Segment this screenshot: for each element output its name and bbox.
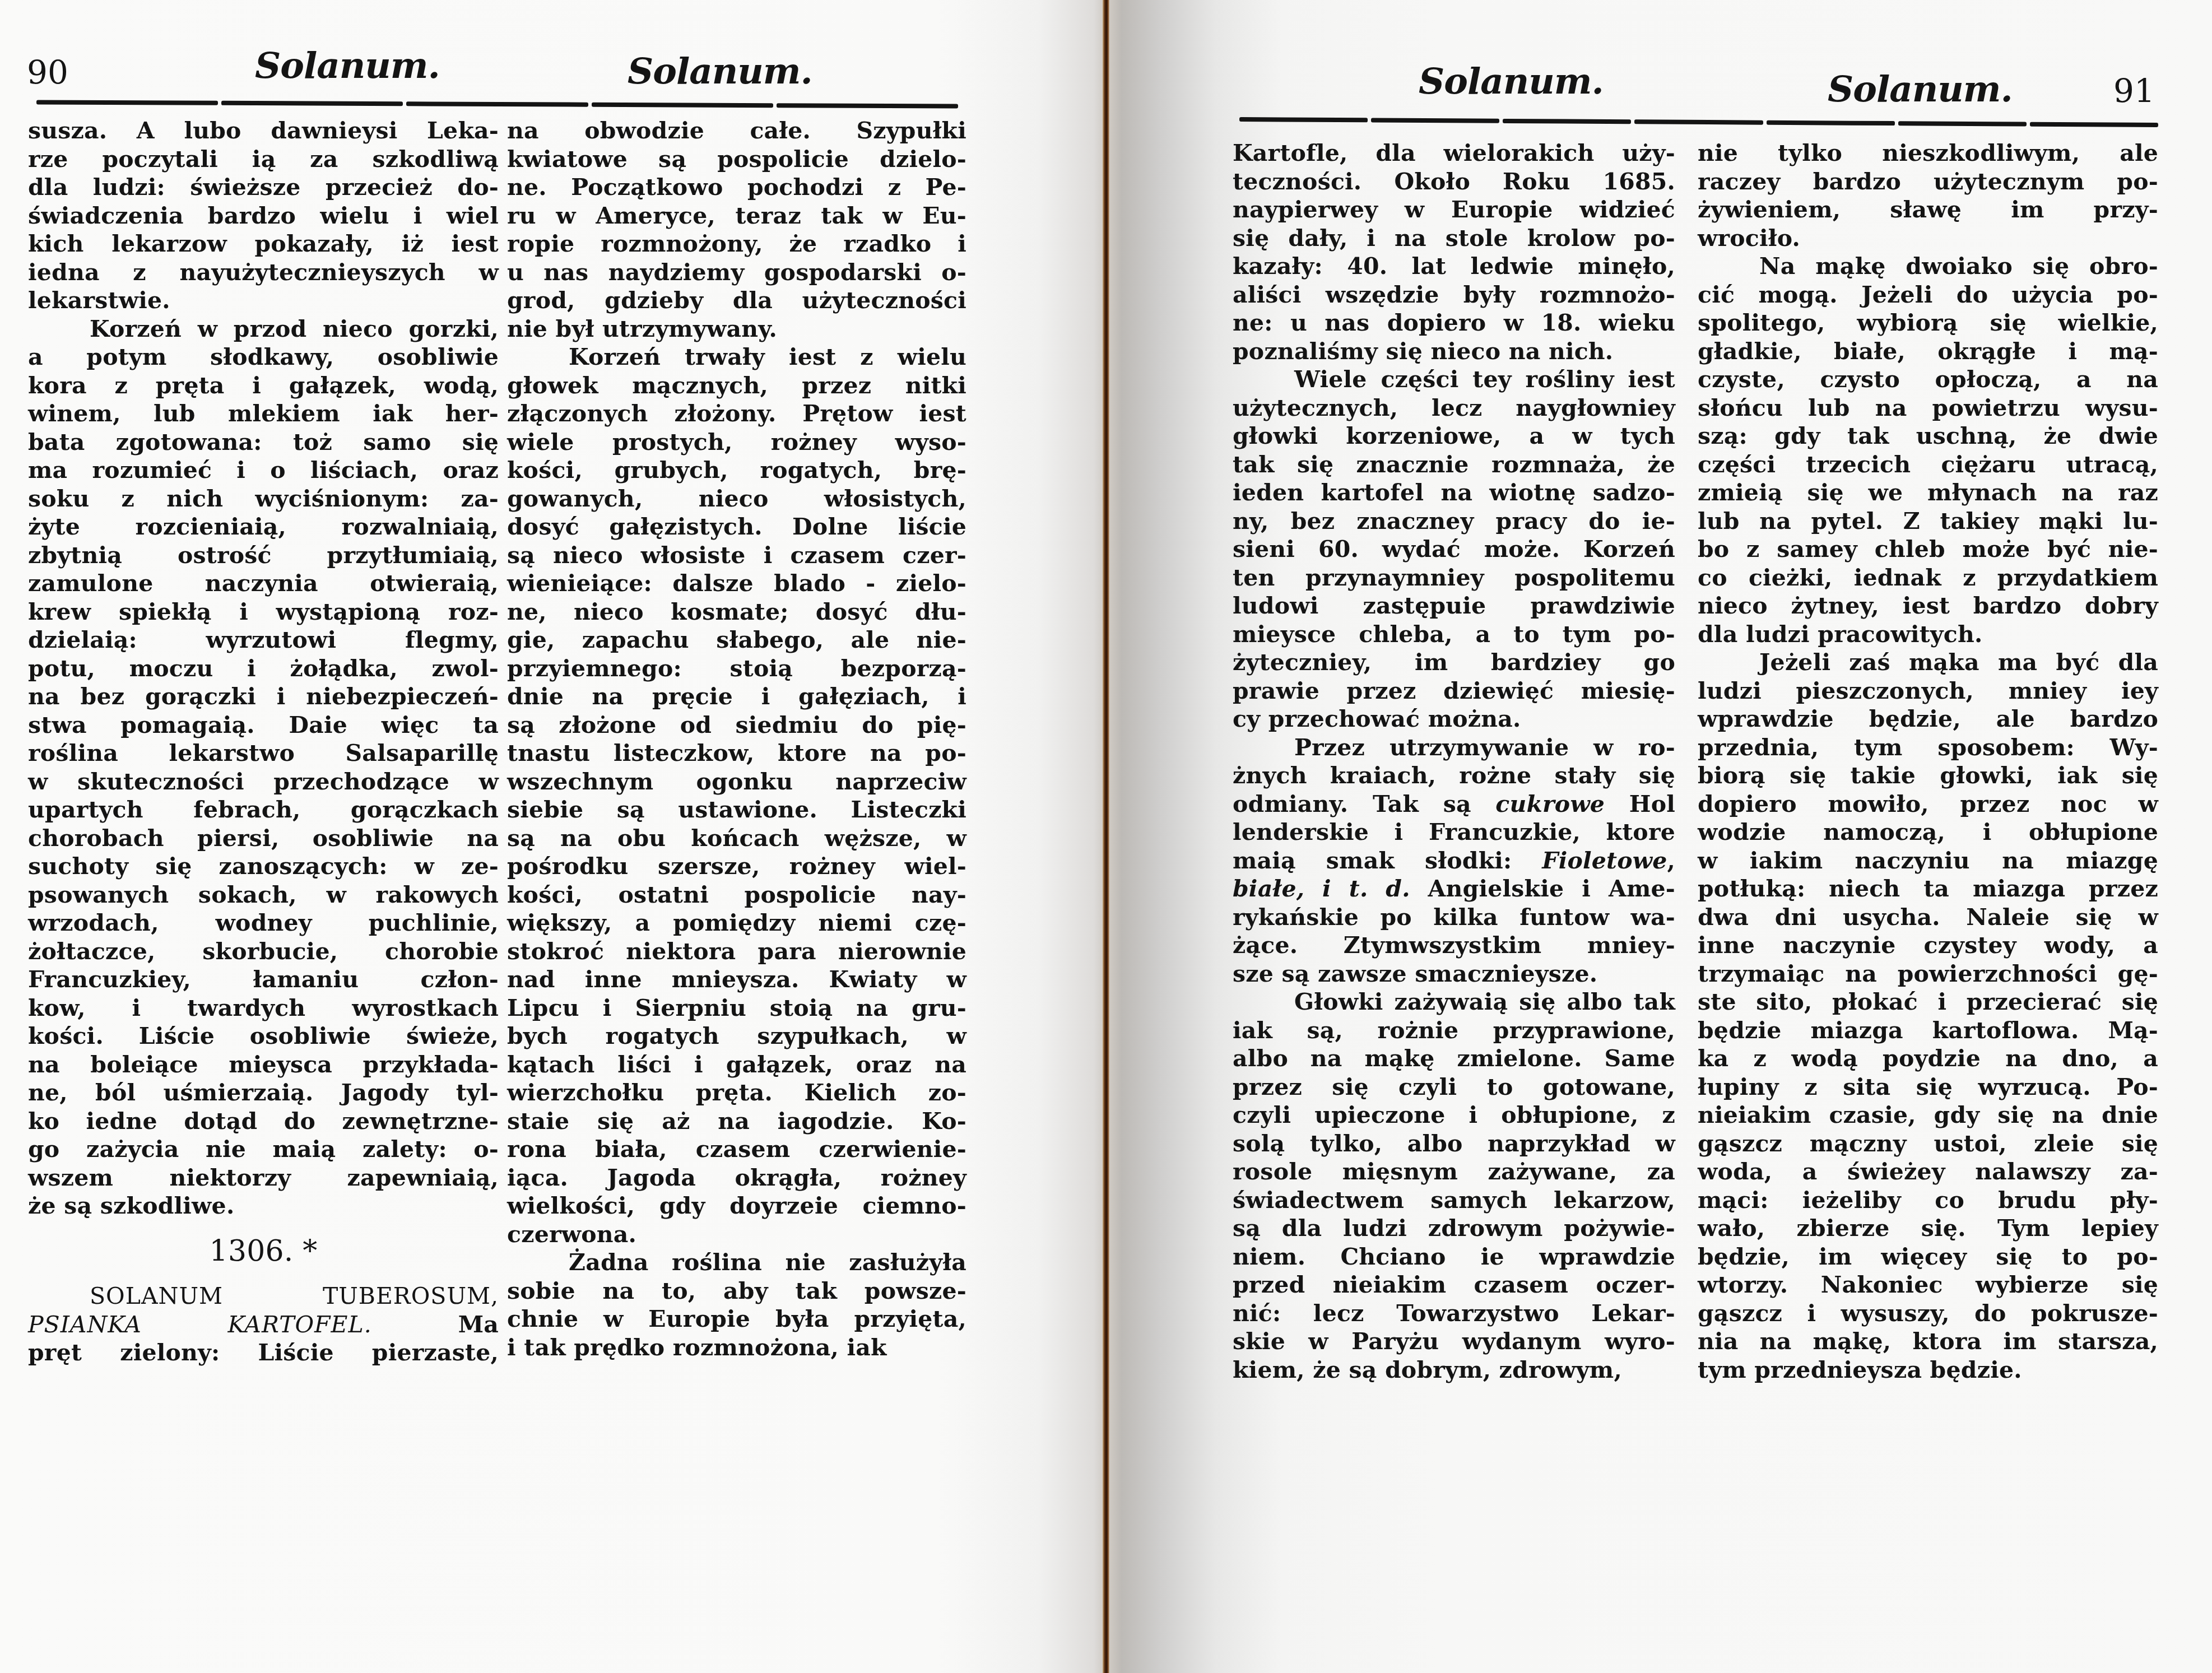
text-line: poznaliśmy się nieco na nich. [1233,337,1675,366]
text-line: są na obu końcach węższe, w [507,824,966,853]
text-line: dwa dni usycha. Naleie się w [1698,903,2158,932]
book-gutter [1103,0,1109,1673]
text-line: nad inne mnieysza. Kwiaty w [507,965,966,994]
text-line: żące. Ztymwszystkim mniey- [1233,931,1675,960]
text-line: złączonych złożony. Prętow iest [507,399,966,428]
text-line: gąszcz i wysuszy, do pokrusze- [1698,1299,2158,1328]
text-line: nieco żytney, iest bardzo dobry [1698,592,2158,620]
text-line: prawie przez dziewięć miesię- [1233,677,1675,705]
text-column: nie tylko nieszkodliwym, aleraczey bardz… [1698,139,2158,1384]
text-line: skie w Paryżu wydanym wyro- [1233,1327,1675,1356]
text-line: nić: lecz Towarzystwo Lekar- [1233,1299,1675,1328]
text-line: bata zgotowana: toż samo się [28,428,499,457]
text-line: niem. Chciano ie wprawdzie [1233,1243,1675,1271]
text-line: kow, i twardych wyrostkach [28,994,499,1023]
text-line: ko iedne dotąd do zewnętrzne- [28,1107,499,1136]
text-line: iąca. Jagoda okrągła, rożney [507,1164,966,1192]
text-line: ieden kartofel na wiotnę sadzo- [1233,478,1675,507]
text-line: wielkości, gdy doyrzeie ciemno- [507,1192,966,1220]
text-line: Kartofle, dla wielorakich uży- [1233,139,1675,168]
text-line: Żadna roślina nie zasłużyła [507,1248,966,1277]
text-line: biorą się takie głowki, iak się [1698,761,2158,790]
text-line: bych rogatych szypułkach, w [507,1022,966,1051]
text-line: dosyć gałęzistych. Dolne liście [507,513,966,541]
text-line: wiele prostych, rożney wyso- [507,428,966,457]
text-line: sobie na to, aby tak powsze- [507,1277,966,1305]
text-line: Przez utrzymywanie w ro- [1233,733,1675,762]
text-line: ludzi pieszczonych, mniey iey [1698,677,2158,705]
text-line: głowki korzeniowe, a w tych [1233,422,1675,450]
text-line: przez się czyli to gotowane, [1233,1073,1675,1102]
text-line: Lipcu i Sierpniu stoią na gru- [507,994,966,1023]
text-line: roślina lekarstwo Salsaparillę [28,739,499,768]
text-line: potłuką: niech ta miazga przez [1698,875,2158,903]
text-line: przed nieiakim czasem oczer- [1233,1271,1675,1299]
text-line: Głowki zażywaią się albo tak [1233,988,1675,1016]
text-line: Wiele części tey rośliny iest [1233,365,1675,394]
text-line: że są szkodliwe. [28,1192,499,1220]
text-line: tnastu listeczkow, ktore na po- [507,739,966,768]
text-line: iak są, rożnie przyprawione, [1233,1016,1675,1045]
text-line: zamulone naczynia otwieraią, [28,569,499,598]
text-line: a potym słodkawy, osobliwie [28,343,499,371]
text-line: chnie w Europie była przyięta, [507,1305,966,1333]
text-line: kora z pręta i gałązek, wodą, [28,371,499,400]
text-line: rona biała, czasem czerwienie- [507,1135,966,1164]
text-line: gładkie, białe, okrągłe i mą- [1698,337,2158,366]
text-line: świadczenia bardzo wielu i wiel [28,202,499,230]
text-line: pośrodku szersze, rożney wiel- [507,852,966,881]
text-line: będzie, im więcey się to po- [1698,1243,2158,1271]
text-line: ropie rozmnożony, że rzadko i [507,230,966,258]
text-line: teczności. Około Roku 1685. [1233,168,1675,196]
text-line: stokroć niektora para nierownie [507,937,966,966]
text-line: dzielaią: wyrzutowi flegmy, [28,626,499,654]
text-line: kości, ostatni pospolicie nay- [507,881,966,909]
text-line: żywieniem, sławę im przy- [1698,196,2158,224]
text-line: większy, a pomiędzy niemi czę- [507,909,966,937]
text-line: części trzecich ciężaru utracą, [1698,450,2158,479]
text-line: potu, moczu i żołądka, zwol- [28,654,499,683]
text-line: ny, bez znaczney pracy do ie- [1233,507,1675,536]
text-line: na bez gorączki i niebezpieczeń- [28,682,499,711]
text-line: kości, grubych, rogatych, brę- [507,456,966,485]
text-line: i tak prędko rozmnożona, iak [507,1333,966,1362]
text-line: są dla ludzi zdrowym pożywie- [1233,1214,1675,1243]
text-line: co cieżki, iednak z przydatkiem [1698,564,2158,592]
text-line: chorobach piersi, osobliwie na [28,824,499,853]
text-line: nie tylko nieszkodliwym, ale [1698,139,2158,168]
text-line: sze są zawsze smacznieysze. [1233,960,1675,988]
text-line: krew spiekłą i wystąpioną roz- [28,598,499,626]
text-line: solą tylko, albo naprzykład w [1233,1130,1675,1158]
text-line: cy przechować można. [1233,705,1675,733]
text-line: ste sito, płokać i przecierać się [1698,988,2158,1016]
text-line: pręt zielony: Liście pierzaste, [28,1339,499,1367]
text-column: na obwodzie całe. Szypułkikwiatowe są po… [507,117,966,1361]
text-line: dopiero mowiło, przez noc w [1698,790,2158,819]
right-page: Solanum. Solanum. 91 Kartofle, dla wielo… [1105,0,2212,1673]
text-line: przyiemnego: stoią bezporzą- [507,654,966,683]
text-line: psowanych sokach, w rakowych [28,881,499,909]
text-line: gąszcz mączny ustoi, zleie się [1698,1130,2158,1158]
text-line: Na mąkę dwoiako się obro- [1698,252,2158,281]
text-line: kości. Liście osobliwie świeże, [28,1022,499,1051]
text-line: nie był utrzymywany. [507,315,966,343]
text-line: wienieiące: dalsze blado - zielo- [507,569,966,598]
text-line: suchoty się zanoszących: w ze- [28,852,499,881]
text-line: w iakim naczyniu na miazgę [1698,847,2158,875]
text-line: ka z wodą poydzie na dno, a [1698,1044,2158,1073]
text-line: wrociło. [1698,224,2158,253]
text-line: słońcu lub na powietrzu wysu- [1698,394,2158,422]
text-line: Jeżeli zaś mąka ma być dla [1698,648,2158,677]
text-line: Korzeń w przod nieco gorzki, [28,315,499,343]
text-line: kich lekarzow pokazały, iż iest [28,230,499,258]
text-line: ru w Ameryce, teraz tak w Eu- [507,202,966,230]
text-line: aliści wszędzie były rozmnożo- [1233,281,1675,309]
text-line: czyli upieczone i obłupione, z [1233,1101,1675,1130]
text-line: ne. Początkowo pochodzi z Pe- [507,173,966,202]
entry-subtitle: PSIANKA KARTOFEL. Ma [28,1310,499,1339]
text-line: Korzeń trwały iest z wielu [507,343,966,371]
text-line: woda, a świeżey nalawszy za- [1698,1158,2158,1186]
text-line: tym przednieysza będzie. [1698,1356,2158,1384]
text-line: trzymaiąc na powierzchności gę- [1698,960,2158,988]
text-line: gie, zapachu słabego, ale nie- [507,626,966,654]
text-line: ne: u nas dopiero w 18. wieku [1233,309,1675,337]
text-line: dla ludzi pracowitych. [1698,620,2158,649]
text-line: nieiakim czasie, gdy się na dnie [1698,1101,2158,1130]
text-line: naypierwey w Europie widzieć [1233,196,1675,224]
text-line: lub na pytel. Z takiey mąki lu- [1698,507,2158,536]
text-line: siebie są ustawione. Listeczki [507,796,966,824]
text-line: cić mogą. Jeżeli do użycia po- [1698,281,2158,309]
text-line: wszem niektorzy zapewniaią, [28,1164,499,1192]
text-line: kątach liści i gałązek, oraz na [507,1051,966,1079]
text-line: się dały, i na stole krolow po- [1233,224,1675,253]
text-line: dnie na pręcie i gałęziach, i [507,682,966,711]
text-line: mieysce chleba, a to tym po- [1233,620,1675,649]
text-line: w skuteczności przechodzące w [28,768,499,796]
running-head-right: Solanum. [628,50,812,92]
text-line: upartych febrach, gorączkach [28,796,499,824]
text-column: Kartofle, dla wielorakich uży-teczności.… [1233,139,1675,1384]
text-line: będzie miazga kartoflowa. Mą- [1698,1016,2158,1045]
entry-number: 1306. * [28,1237,499,1266]
text-line: wprawdzie będzie, ale bardzo [1698,705,2158,733]
text-line: świadectwem samych lekarzow, [1233,1186,1675,1215]
text-line: grod, gdzieby dla użyteczności [507,286,966,315]
page-number: 90 [27,53,68,91]
text-line: ne, nieco kosmate; dosyć dłu- [507,598,966,626]
text-line: stwa pomagaią. Daie więc ta [28,711,499,740]
text-line: nia na mąkę, ktora im starsza, [1698,1327,2158,1356]
text-line: są złożone od siedmiu do pię- [507,711,966,740]
text-line: rze poczytali ią za szkodliwą [28,145,499,174]
entry-title: SOLANUM TUBEROSUM, [28,1282,499,1310]
text-line: raczey bardzo użytecznym po- [1698,168,2158,196]
text-line: ten przynaymniey pospolitemu [1233,564,1675,592]
text-line: bo z samey chleb może być nie- [1698,535,2158,564]
running-head-left: Solanum. [1419,61,1604,103]
header-rule [1239,117,2158,128]
text-line: kwiatowe są pospolicie dzielo- [507,145,966,174]
text-line: odmiany. Tak są cukrowe Hol [1233,790,1675,819]
text-line: dla ludzi: świeższe przecież do- [28,173,499,202]
text-line: maią smak słodki: Fioletowe, [1233,847,1675,875]
text-line: są nieco włosiste i czasem czer- [507,541,966,570]
text-line: na boleiące mieysca przykłada- [28,1051,499,1079]
text-line: zmieią się we młynach na raz [1698,478,2158,507]
text-line: kazały: 40. lat ledwie minęło, [1233,252,1675,281]
text-line: wodzie namoczą, i obłupione [1698,818,2158,847]
text-line: żyte rozcieniaią, rozwalniaią, [28,513,499,541]
text-line: iedna z nayużytecznieyszych w [28,258,499,287]
text-line: głowek mącznych, przez nitki [507,371,966,400]
text-line: przednia, tym sposobem: Wy- [1698,733,2158,762]
text-line: winem, lub mlekiem iak her- [28,399,499,428]
text-line: rykańskie po kilka funtow wa- [1233,903,1675,932]
text-column: susza. A lubo dawnieysi Leka-rze poczyta… [28,117,499,1367]
text-line: czyste, czysto opłoczą, a na [1698,365,2158,394]
text-line: wało, zbierze się. Tym lepiey [1698,1214,2158,1243]
running-head-left: Solanum. [255,45,440,87]
text-line: na obwodzie całe. Szypułki [507,117,966,145]
text-line: łupiny z sita się wyrzucą. Po- [1698,1073,2158,1102]
text-line: staie się aż na iagodzie. Ko- [507,1107,966,1136]
text-line: spolitego, wybiorą się wielkie, [1698,309,2158,337]
text-line: inne naczynie czystey wody, a [1698,931,2158,960]
text-line: użytecznych, lecz naygłowniey [1233,394,1675,422]
text-line: albo na mąkę zmielone. Same [1233,1044,1675,1073]
text-line: żołtaczce, skorbucie, chorobie [28,937,499,966]
text-line: soku z nich wyciśnionym: za- [28,485,499,513]
text-line: wtorzy. Nakoniec wybierze się [1698,1271,2158,1299]
text-line: susza. A lubo dawnieysi Leka- [28,117,499,145]
text-line: lekarstwie. [28,286,499,315]
text-line: zbytnią ostrość przytłumiaią, [28,541,499,570]
text-line: lenderskie i Francuzkie, ktore [1233,818,1675,847]
text-line: gowanych, nieco włosistych, [507,485,966,513]
text-line: żyteczniey, im bardziey go [1233,648,1675,677]
text-line: białe, i t. d. Angielskie i Ame- [1233,875,1675,903]
text-line: go zażycia nie maią zalety: o- [28,1135,499,1164]
text-line: kiem, że są dobrym, zdrowym, [1233,1356,1675,1384]
text-line: żnych kraiach, rożne stały się [1233,761,1675,790]
text-line: ma rozumieć i o liściach, oraz [28,456,499,485]
text-line: czerwona. [507,1220,966,1249]
text-line: Francuzkiey, łamaniu człon- [28,965,499,994]
left-page: 90 Solanum. Solanum. susza. A lubo dawni… [0,0,1105,1673]
text-line: tak się znacznie rozmnaża, że [1233,450,1675,479]
page-number: 91 [2113,72,2155,110]
text-line: mąci: ieżeliby co brudu pły- [1698,1186,2158,1215]
text-line: sieni 60. wydać może. Korzeń [1233,535,1675,564]
text-line: rosole mięsnym zażywane, za [1233,1158,1675,1186]
text-line: wierzchołku pręta. Kielich zo- [507,1079,966,1107]
text-line: ne, ból uśmierzaią. Jagody tyl- [28,1079,499,1107]
text-line: wszechnym ogonku naprzeciw [507,768,966,796]
text-line: szą: gdy tak uschną, że dwie [1698,422,2158,450]
text-line: ludowi zastępuie prawdziwie [1233,592,1675,620]
header-rule [36,100,958,109]
running-head-right: Solanum. [1828,68,2013,110]
text-line: wrzodach, wodney puchlinie, [28,909,499,937]
text-line: u nas naydziemy gospodarski o- [507,258,966,287]
